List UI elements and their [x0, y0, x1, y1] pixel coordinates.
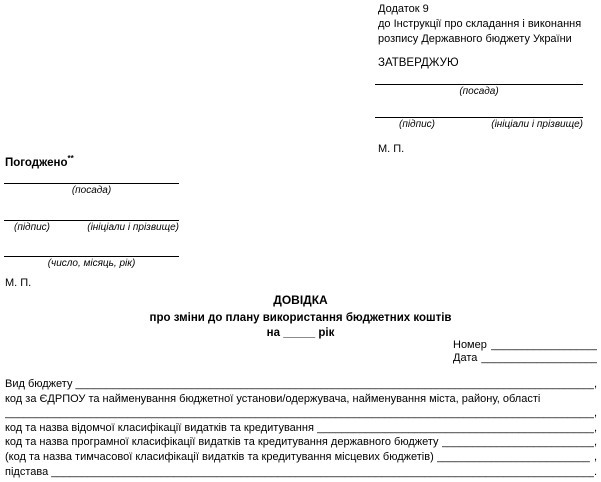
- program-classification-label: код та назва програмної класифікації вид…: [5, 435, 439, 450]
- approve-initials-caption: (ініціали і прізвище): [491, 119, 583, 130]
- agreed-date-caption: (число, місяць, рік): [4, 258, 179, 269]
- program-classification-line: код та назва програмної класифікації вид…: [5, 435, 597, 450]
- temporary-classification-label: (код та назва тимчасової класифікації ви…: [5, 450, 434, 465]
- approve-position-line: [375, 84, 583, 85]
- appendix-instruction-line2: розпису Державного бюджету України: [378, 32, 599, 47]
- approve-position-caption: (посада): [375, 86, 583, 97]
- institution-blank-line: ________________________________________…: [5, 406, 597, 421]
- program-classification-blank: _________________________: [442, 435, 594, 450]
- budget-type-label: Вид бюджету: [5, 377, 72, 392]
- approve-signature-line: [375, 117, 583, 118]
- agreed-signature-line: [4, 220, 179, 221]
- edrpou-caption-line: код за ЄДРПОУ та найменування бюджетної …: [5, 392, 597, 407]
- title-year-line: на _____ рік: [0, 326, 601, 340]
- departmental-classification-line: код та назва відомчої класифікації видат…: [5, 421, 597, 436]
- approve-signature-block: (підпис) (ініціали і прізвище): [375, 117, 583, 130]
- line-terminator: ,: [594, 421, 597, 436]
- line-terminator: ,: [594, 450, 597, 465]
- appendix-number: Додаток 9: [378, 2, 599, 17]
- line-terminator: ,: [594, 435, 597, 450]
- year-suffix: рік: [318, 327, 334, 339]
- agreed-date-line: [4, 256, 179, 257]
- institution-blank: ________________________________________…: [5, 406, 594, 421]
- line-terminator: ,: [594, 377, 597, 392]
- date-label: Дата: [453, 352, 477, 365]
- number-blank: ____________________: [491, 339, 597, 352]
- agreed-position-block: (посада): [4, 183, 179, 196]
- title-heading: ДОВІДКА: [0, 293, 601, 307]
- agreed-position-caption: (посада): [4, 185, 179, 196]
- registration-block: Номер ____________________ Дата ________…: [453, 339, 597, 364]
- form-details: Вид бюджету ____________________________…: [5, 377, 597, 479]
- approve-heading: ЗАТВЕРДЖУЮ: [378, 57, 459, 69]
- agreed-footnote-marker: **: [67, 154, 73, 163]
- agreed-date-block: (число, місяць, рік): [4, 256, 179, 269]
- agreed-heading: Погоджено**: [5, 154, 74, 169]
- departmental-classification-blank: ________________________________________…: [317, 421, 594, 436]
- budget-type-blank: ________________________________________…: [75, 377, 593, 392]
- agreed-initials-caption: (ініціали і прізвище): [87, 222, 179, 233]
- basis-line: підстава _______________________________…: [5, 465, 597, 480]
- date-blank: ____________________: [481, 352, 597, 365]
- temporary-classification-line: (код та назва тимчасової класифікації ви…: [5, 450, 597, 465]
- document-title: ДОВІДКА про зміни до плану використання …: [0, 293, 601, 340]
- approve-signature-caption: (підпис): [399, 119, 435, 130]
- line-terminator: ,: [594, 406, 597, 421]
- edrpou-caption: код за ЄДРПОУ та найменування бюджетної …: [5, 392, 540, 407]
- agreed-signature-block: (підпис) (ініціали і прізвище): [4, 220, 179, 233]
- temporary-classification-blank: _________________________: [437, 450, 594, 465]
- agreed-signature-caption: (підпис): [14, 222, 50, 233]
- budget-type-line: Вид бюджету ____________________________…: [5, 377, 597, 392]
- budget-change-certificate-form: Додаток 9 до Інструкції про складання і …: [0, 0, 601, 482]
- departmental-classification-label: код та назва відомчої класифікації видат…: [5, 421, 314, 436]
- number-row: Номер ____________________: [453, 339, 597, 352]
- approve-position-block: (посада): [375, 84, 583, 97]
- appendix-instruction-line1: до Інструкції про складання і виконання: [378, 17, 599, 32]
- year-prefix: на: [267, 327, 280, 339]
- agreed-label: Погоджено: [5, 157, 67, 169]
- number-label: Номер: [453, 339, 487, 352]
- basis-label: підстава: [5, 465, 48, 480]
- approve-seal-mark: М. П.: [378, 143, 404, 155]
- agreed-seal-mark: М. П.: [5, 277, 31, 289]
- year-blank: _____: [283, 327, 315, 339]
- date-row: Дата ____________________: [453, 352, 597, 365]
- title-subject: про зміни до плану використання бюджетни…: [0, 311, 601, 325]
- basis-blank: ________________________________________…: [51, 465, 594, 480]
- appendix-reference: Додаток 9 до Інструкції про складання і …: [378, 2, 599, 47]
- line-terminator: .: [594, 465, 597, 480]
- agreed-position-line: [4, 183, 179, 184]
